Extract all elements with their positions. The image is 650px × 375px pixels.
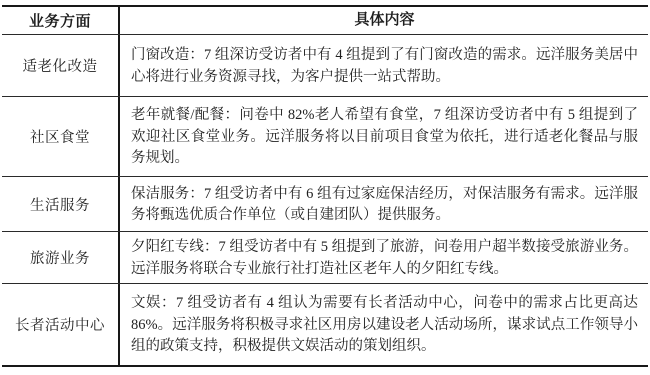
table-row: 社区食堂 老年就餐/配餐：问卷中 82%老人希望有食堂，7 组深访受访者中有 5… — [2, 97, 648, 177]
aspect-cell: 长者活动中心 — [2, 284, 118, 365]
content-cell: 夕阳红专线：7 组受访者中有 5 组提到了旅游，问卷用户超半数接受旅游业务。远洋… — [118, 232, 648, 283]
table-row: 适老化改造 门窗改造：7 组深访受访者中有 4 组提到了有门窗改造的需求。远洋服… — [2, 35, 648, 97]
aspect-cell: 旅游业务 — [2, 232, 118, 283]
table-row: 长者活动中心 文娱：7 组受访者有 4 组认为需要有长者活动中心，问卷中的需求占… — [2, 284, 648, 365]
header-cell-aspect: 业务方面 — [2, 7, 118, 34]
content-cell: 门窗改造：7 组深访受访者中有 4 组提到了有门窗改造的需求。远洋服务美居中心将… — [118, 35, 648, 96]
content-cell: 文娱：7 组受访者有 4 组认为需要有长者活动中心，问卷中的需求占比更高达 86… — [118, 284, 648, 365]
content-cell: 老年就餐/配餐：问卷中 82%老人希望有食堂，7 组深访受访者中有 5 组提到了… — [118, 97, 648, 176]
table-row: 旅游业务 夕阳红专线：7 组受访者中有 5 组提到了旅游，问卷用户超半数接受旅游… — [2, 232, 648, 284]
aspect-cell: 社区食堂 — [2, 97, 118, 176]
content-cell: 保洁服务：7 组受访者中有 6 组有过家庭保洁经历，对保洁服务有需求。远洋服务将… — [118, 177, 648, 231]
header-cell-content: 具体内容 — [118, 7, 648, 34]
business-services-table: 业务方面 具体内容 适老化改造 门窗改造：7 组深访受访者中有 4 组提到了有门… — [2, 5, 648, 367]
table-header-row: 业务方面 具体内容 — [2, 7, 648, 35]
table-row: 生活服务 保洁服务：7 组受访者中有 6 组有过家庭保洁经历，对保洁服务有需求。… — [2, 177, 648, 232]
aspect-cell: 生活服务 — [2, 177, 118, 231]
aspect-cell: 适老化改造 — [2, 35, 118, 96]
